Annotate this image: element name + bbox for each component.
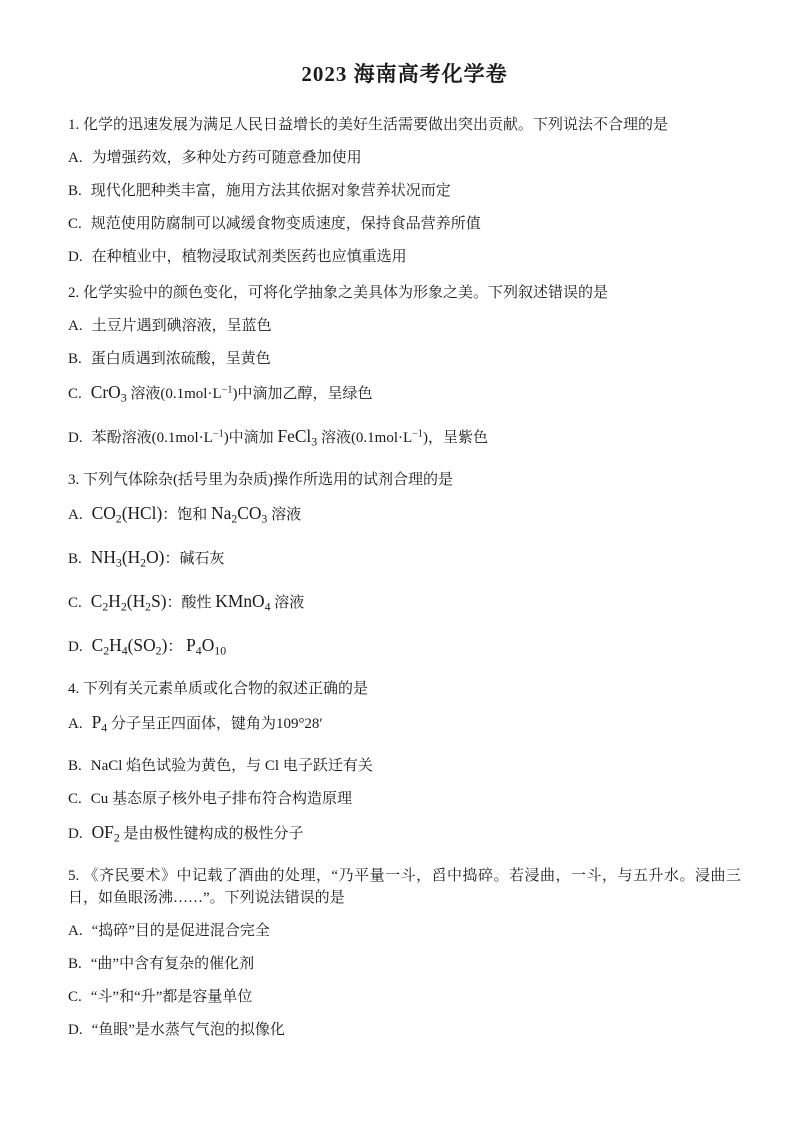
option-text: 蛋白质遇到浓硫酸，呈黄色 [91,351,271,367]
question: 4. 下列有关元素单质或化合物的叙述正确的是A.P4 分子呈正四面体，键角为10… [68,678,741,845]
option: A.P4 分子呈正四面体，键角为109°28′ [68,711,741,735]
page-title: 2023 海南高考化学卷 [68,58,741,88]
option-label: B. [68,183,82,199]
option-text: CrO3 溶液(0.1mol·L−1)中滴加乙醇，呈绿色 [91,386,373,402]
option-text: “曲”中含有复杂的催化剂 [91,956,254,972]
option: A.为增强药效，多种处方药可随意叠加使用 [68,147,741,169]
question-list: 1. 化学的迅速发展为满足人民日益增长的美好生活需要做出突出贡献。下列说法不合理… [68,114,741,1041]
question-stem: 3. 下列气体除杂(括号里为杂质)操作所选用的试剂合理的是 [68,469,741,491]
option-text: Cu 基态原子核外电子排布符合构造原理 [91,791,352,807]
option-label: A. [68,150,83,166]
option-label: B. [68,956,82,972]
question: 1. 化学的迅速发展为满足人民日益增长的美好生活需要做出突出贡献。下列说法不合理… [68,114,741,268]
option: A.土豆片遇到碘溶液，呈蓝色 [68,315,741,337]
option-label: D. [68,1022,83,1038]
option-label: A. [68,507,83,523]
option-label: C. [68,595,82,611]
question-stem: 1. 化学的迅速发展为满足人民日益增长的美好生活需要做出突出贡献。下列说法不合理… [68,114,741,136]
option-label: A. [68,716,83,732]
option-text: NH3(H2O)：碱石灰 [91,551,225,567]
option: B.NH3(H2O)：碱石灰 [68,546,741,570]
question: 5. 《齐民要术》中记载了酒曲的处理，“乃平量一斗，舀中捣碎。若浸曲，一斗，与五… [68,865,741,1041]
option-text: “鱼眼”是水蒸气气泡的拟像化 [92,1022,285,1038]
option: C.“斗”和“升”都是容量单位 [68,986,741,1008]
option-text: OF2 是由极性键构成的极性分子 [92,826,304,842]
option: C.规范使用防腐制可以减缓食物变质速度，保持食品营养所值 [68,213,741,235]
option-label: A. [68,923,83,939]
question-stem: 2. 化学实验中的颜色变化，可将化学抽象之美具体为形象之美。下列叙述错误的是 [68,282,741,304]
option-label: C. [68,791,82,807]
option-label: B. [68,758,82,774]
option: C.CrO3 溶液(0.1mol·L−1)中滴加乙醇，呈绿色 [68,381,741,405]
option: B.NaCl 焰色试验为黄色，与 Cl 电子跃迁有关 [68,755,741,777]
option-text: 现代化肥种类丰富，施用方法其依据对象营养状况而定 [91,183,451,199]
option-text: P4 分子呈正四面体，键角为109°28′ [92,716,323,732]
option: D.在种植业中，植物浸取试剂类医药也应慎重选用 [68,246,741,268]
question: 2. 化学实验中的颜色变化，可将化学抽象之美具体为形象之美。下列叙述错误的是A.… [68,282,741,449]
option-text: 土豆片遇到碘溶液，呈蓝色 [92,318,272,334]
option: D.“鱼眼”是水蒸气气泡的拟像化 [68,1019,741,1041]
option-label: D. [68,639,83,655]
option-label: C. [68,989,82,1005]
option: D.C2H4(SO2)： P4O10 [68,634,741,658]
option-text: C2H4(SO2)： P4O10 [92,639,227,655]
option-text: 规范使用防腐制可以减缓食物变质速度，保持食品营养所值 [91,216,481,232]
option-text: 苯酚溶液(0.1mol·L−1)中滴加 FeCl3 溶液(0.1mol·L−1)… [92,430,488,446]
option: A.CO2(HCl)：饱和 Na2CO3 溶液 [68,502,741,526]
option: B.蛋白质遇到浓硫酸，呈黄色 [68,348,741,370]
option-label: D. [68,430,83,446]
option-text: 为增强药效，多种处方药可随意叠加使用 [92,150,362,166]
option: C.Cu 基态原子核外电子排布符合构造原理 [68,788,741,810]
option: B.“曲”中含有复杂的催化剂 [68,953,741,975]
option: D.苯酚溶液(0.1mol·L−1)中滴加 FeCl3 溶液(0.1mol·L−… [68,425,741,449]
option: D.OF2 是由极性键构成的极性分子 [68,821,741,845]
option: A.“捣碎”目的是促进混合完全 [68,920,741,942]
option-label: A. [68,318,83,334]
option-label: D. [68,249,83,265]
exam-page: 2023 海南高考化学卷 1. 化学的迅速发展为满足人民日益增长的美好生活需要做… [0,0,793,1122]
option: B.现代化肥种类丰富，施用方法其依据对象营养状况而定 [68,180,741,202]
option-label: B. [68,351,82,367]
option-text: 在种植业中，植物浸取试剂类医药也应慎重选用 [92,249,407,265]
option-label: C. [68,216,82,232]
option-text: CO2(HCl)：饱和 Na2CO3 溶液 [92,507,302,523]
option-label: B. [68,551,82,567]
option-text: C2H2(H2S)：酸性 KMnO4 溶液 [91,595,305,611]
option-label: C. [68,386,82,402]
option-label: D. [68,826,83,842]
option: C.C2H2(H2S)：酸性 KMnO4 溶液 [68,590,741,614]
question-stem: 4. 下列有关元素单质或化合物的叙述正确的是 [68,678,741,700]
option-text: “斗”和“升”都是容量单位 [91,989,253,1005]
question: 3. 下列气体除杂(括号里为杂质)操作所选用的试剂合理的是A.CO2(HCl)：… [68,469,741,658]
option-text: NaCl 焰色试验为黄色，与 Cl 电子跃迁有关 [91,758,373,774]
option-text: “捣碎”目的是促进混合完全 [92,923,270,939]
question-stem: 5. 《齐民要术》中记载了酒曲的处理，“乃平量一斗，舀中捣碎。若浸曲，一斗，与五… [68,865,741,909]
